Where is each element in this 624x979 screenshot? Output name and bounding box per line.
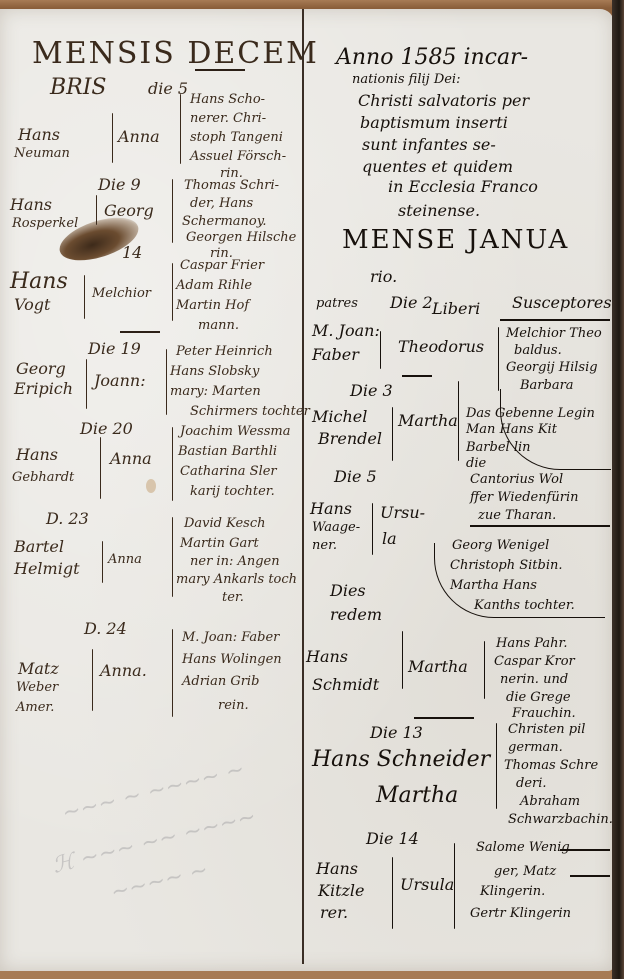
father-name: Hans [10, 271, 68, 293]
father-name: Matz [18, 661, 59, 677]
brace [84, 275, 85, 319]
entry-day: Die 9 [98, 177, 141, 193]
godparent: ter. [222, 591, 244, 604]
brace [454, 843, 455, 929]
godparent: german. [508, 741, 563, 754]
month-heading-cont: BRIS [50, 77, 107, 99]
godparent: stoph Tangeni [190, 131, 283, 144]
godparent: Thomas Schri- [184, 179, 279, 192]
godparent: deri. [516, 777, 547, 790]
child-name: Theodorus [398, 339, 484, 355]
godparent: Hans Pahr. [496, 637, 567, 650]
godparent: Bastian Barthli [178, 445, 277, 458]
child-name-cont: la [382, 531, 397, 547]
father-note: redem [330, 607, 382, 623]
child-name: Georg [104, 203, 154, 219]
separator [500, 319, 610, 321]
father-name: M. Joan: [312, 323, 380, 339]
intro-line: nationis filij Dei: [352, 73, 460, 86]
father-surname-cont: ner. [312, 539, 337, 552]
godparent: Georgij Hilsig [506, 361, 598, 374]
brace [180, 94, 181, 164]
father-surname: Kitzle [318, 883, 365, 899]
entry-day: Die 13 [370, 725, 423, 741]
godparent: die Grege [506, 691, 571, 704]
bleed-through-ink: ~~~~ ~ [108, 857, 210, 905]
brace [96, 195, 97, 225]
father-name: Bartel [14, 539, 64, 555]
father-name: Georg [16, 361, 66, 377]
column-label-susceptores: Susceptores [512, 295, 612, 311]
child-name: Ursula [400, 877, 454, 893]
water-stain [146, 479, 156, 493]
book-spine-edge [612, 0, 624, 979]
child-name: Melchior [92, 287, 151, 300]
brace [172, 629, 173, 717]
father-surname: Neuman [14, 147, 70, 160]
manuscript-page: ~~~ ~ ~~~~ ~ ℋ ~~~ ~~ ~~~~ ~~~~ ~ MENSIS… [0, 9, 614, 971]
godparent: mary: Marten [170, 385, 261, 398]
father-surname: Helmigt [14, 561, 80, 577]
separator [570, 875, 610, 877]
separator [402, 375, 432, 377]
godparent: Klingerin. [480, 885, 545, 898]
brace [498, 327, 499, 391]
brace [172, 517, 173, 597]
child-name: Anna [108, 553, 142, 566]
entry-day: D. 23 [46, 511, 89, 527]
godparent: Adrian Grib [182, 675, 259, 688]
separator [470, 525, 610, 527]
godparent: Abraham [520, 795, 580, 808]
brace [172, 179, 173, 243]
brace [86, 359, 87, 409]
brace [392, 857, 393, 929]
godparent: der, Hans [190, 197, 253, 210]
godparent: ger, Matz [494, 865, 556, 878]
godparent: Adam Rihle [176, 279, 252, 292]
father-name: Hans [10, 197, 52, 213]
father-name: Hans [310, 501, 352, 517]
father-name: Hans [306, 649, 348, 665]
brace [458, 381, 459, 461]
godparent: Gertr Klingerin [470, 907, 571, 920]
child-name: Joann: [94, 373, 146, 389]
intro-line: sunt infantes se- [362, 137, 496, 153]
brace [166, 349, 167, 415]
bracket-arc [500, 389, 611, 470]
father-name: Hans [18, 127, 60, 143]
brace [172, 427, 173, 501]
godparent: Schermanoy. [182, 215, 267, 228]
column-label-patres: patres [316, 297, 358, 310]
father-surname: Rosperkel [12, 217, 78, 230]
brace [112, 113, 113, 163]
entry-day: die 5 [148, 81, 188, 97]
entry-day: Die 19 [88, 341, 141, 357]
child-name: Martha [398, 413, 458, 429]
bracket-arc [434, 543, 605, 618]
godparent: Hans Scho- [190, 93, 265, 106]
brace [380, 331, 381, 369]
godparent: Peter Heinrich [176, 345, 273, 358]
page-gutter-line [302, 9, 304, 964]
godparent: nerer. Chri- [190, 112, 266, 125]
brace [172, 263, 173, 321]
brace [402, 631, 403, 689]
entry-day: Die 20 [80, 421, 133, 437]
godparent: Schwarzbachin. [508, 813, 613, 826]
father-surname: Brendel [318, 431, 382, 447]
father-surname: Vogt [14, 297, 50, 313]
father-name: Hans [16, 447, 58, 463]
father-surname-cont: Amer. [16, 701, 54, 714]
column-label-liberi: Liberi [432, 301, 480, 317]
child-name: Anna. [100, 663, 147, 679]
father-surname: Eripich [14, 381, 73, 397]
intro-line: Anno 1585 incar- [336, 47, 528, 69]
godparent: zue Tharan. [478, 509, 556, 522]
brace [392, 407, 393, 461]
child-name: Ursu- [380, 505, 425, 521]
entry-day: Die 2 [390, 295, 433, 311]
brace [372, 503, 373, 555]
godparent: karij tochter. [190, 485, 275, 498]
godparent: Melchior Theo [506, 327, 602, 340]
godparent: Hans Wolingen [182, 653, 282, 666]
father-name: Hans Schneider [312, 749, 490, 771]
godparent: David Kesch [184, 517, 266, 530]
father-surname: Waage- [312, 521, 360, 534]
intro-line: quentes et quidem [362, 159, 513, 175]
godparent: rein. [218, 699, 249, 712]
godparent: die [466, 457, 486, 470]
child-name: Martha [408, 659, 468, 675]
child-name: Anna [110, 451, 152, 467]
godparent: Frauchin. [512, 707, 576, 720]
godparent: Cantorius Wol [470, 473, 563, 486]
intro-line: in Ecclesia Franco [388, 179, 538, 195]
entry-day: D. 24 [84, 621, 127, 637]
godparent: Christen pil [508, 723, 585, 736]
godparent: Joachim Wessma [180, 425, 290, 438]
brace [100, 437, 101, 499]
brace [102, 541, 103, 583]
separator [560, 849, 610, 851]
intro-line: baptismum inserti [360, 115, 508, 131]
godparent: mary Ankarls toch [176, 573, 297, 586]
godparent: baldus. [514, 344, 562, 357]
godparent: Georgen Hilsche [186, 231, 296, 244]
underline [195, 69, 245, 71]
father-surname: Schmidt [312, 677, 379, 693]
godparent: Schirmers tochter [190, 405, 310, 418]
godparent: Assuel Försch- [190, 150, 286, 163]
godparent: M. Joan: Faber [182, 631, 279, 644]
godparent: Caspar Frier [180, 259, 264, 272]
father-note: Dies [330, 583, 366, 599]
godparent: Thomas Schre [504, 759, 598, 772]
godparent: nerin. und [500, 673, 568, 686]
godparent: Catharina Sler [180, 465, 277, 478]
godparent: Hans Slobsky [170, 365, 259, 378]
godparent: Caspar Kror [494, 655, 575, 668]
month-heading: MENSE JANUA [342, 227, 569, 253]
child-name: Martha [376, 785, 458, 807]
father-name: Michel [312, 409, 367, 425]
father-surname-cont: rer. [320, 905, 348, 921]
brace [92, 649, 93, 711]
brace [484, 641, 485, 699]
entry-day: 14 [122, 245, 142, 261]
father-surname: Gebhardt [12, 471, 74, 484]
father-surname: Faber [312, 347, 359, 363]
child-name: Anna [118, 129, 160, 145]
godparent: Martin Hof [176, 299, 249, 312]
separator [120, 331, 160, 333]
father-surname: Weber [16, 681, 58, 694]
entry-day: Die 5 [334, 469, 377, 485]
entry-day: Die 14 [366, 831, 419, 847]
godparent: Salome Wenig [476, 841, 570, 854]
godparent: ner in: Angen [190, 555, 280, 568]
separator [414, 717, 474, 719]
intro-line: steinense. [398, 203, 480, 219]
godparent: mann. [198, 319, 239, 332]
month-heading: MENSIS DECEM [32, 39, 319, 69]
godparent: ffer Wiedenfürin [470, 491, 579, 504]
intro-line: Christi salvatoris per [358, 93, 529, 109]
brace [496, 723, 497, 809]
godparent: Martin Gart [180, 537, 259, 550]
father-name: Hans [316, 861, 358, 877]
month-heading-cont: rio. [370, 269, 397, 285]
entry-day: Die 3 [350, 383, 393, 399]
